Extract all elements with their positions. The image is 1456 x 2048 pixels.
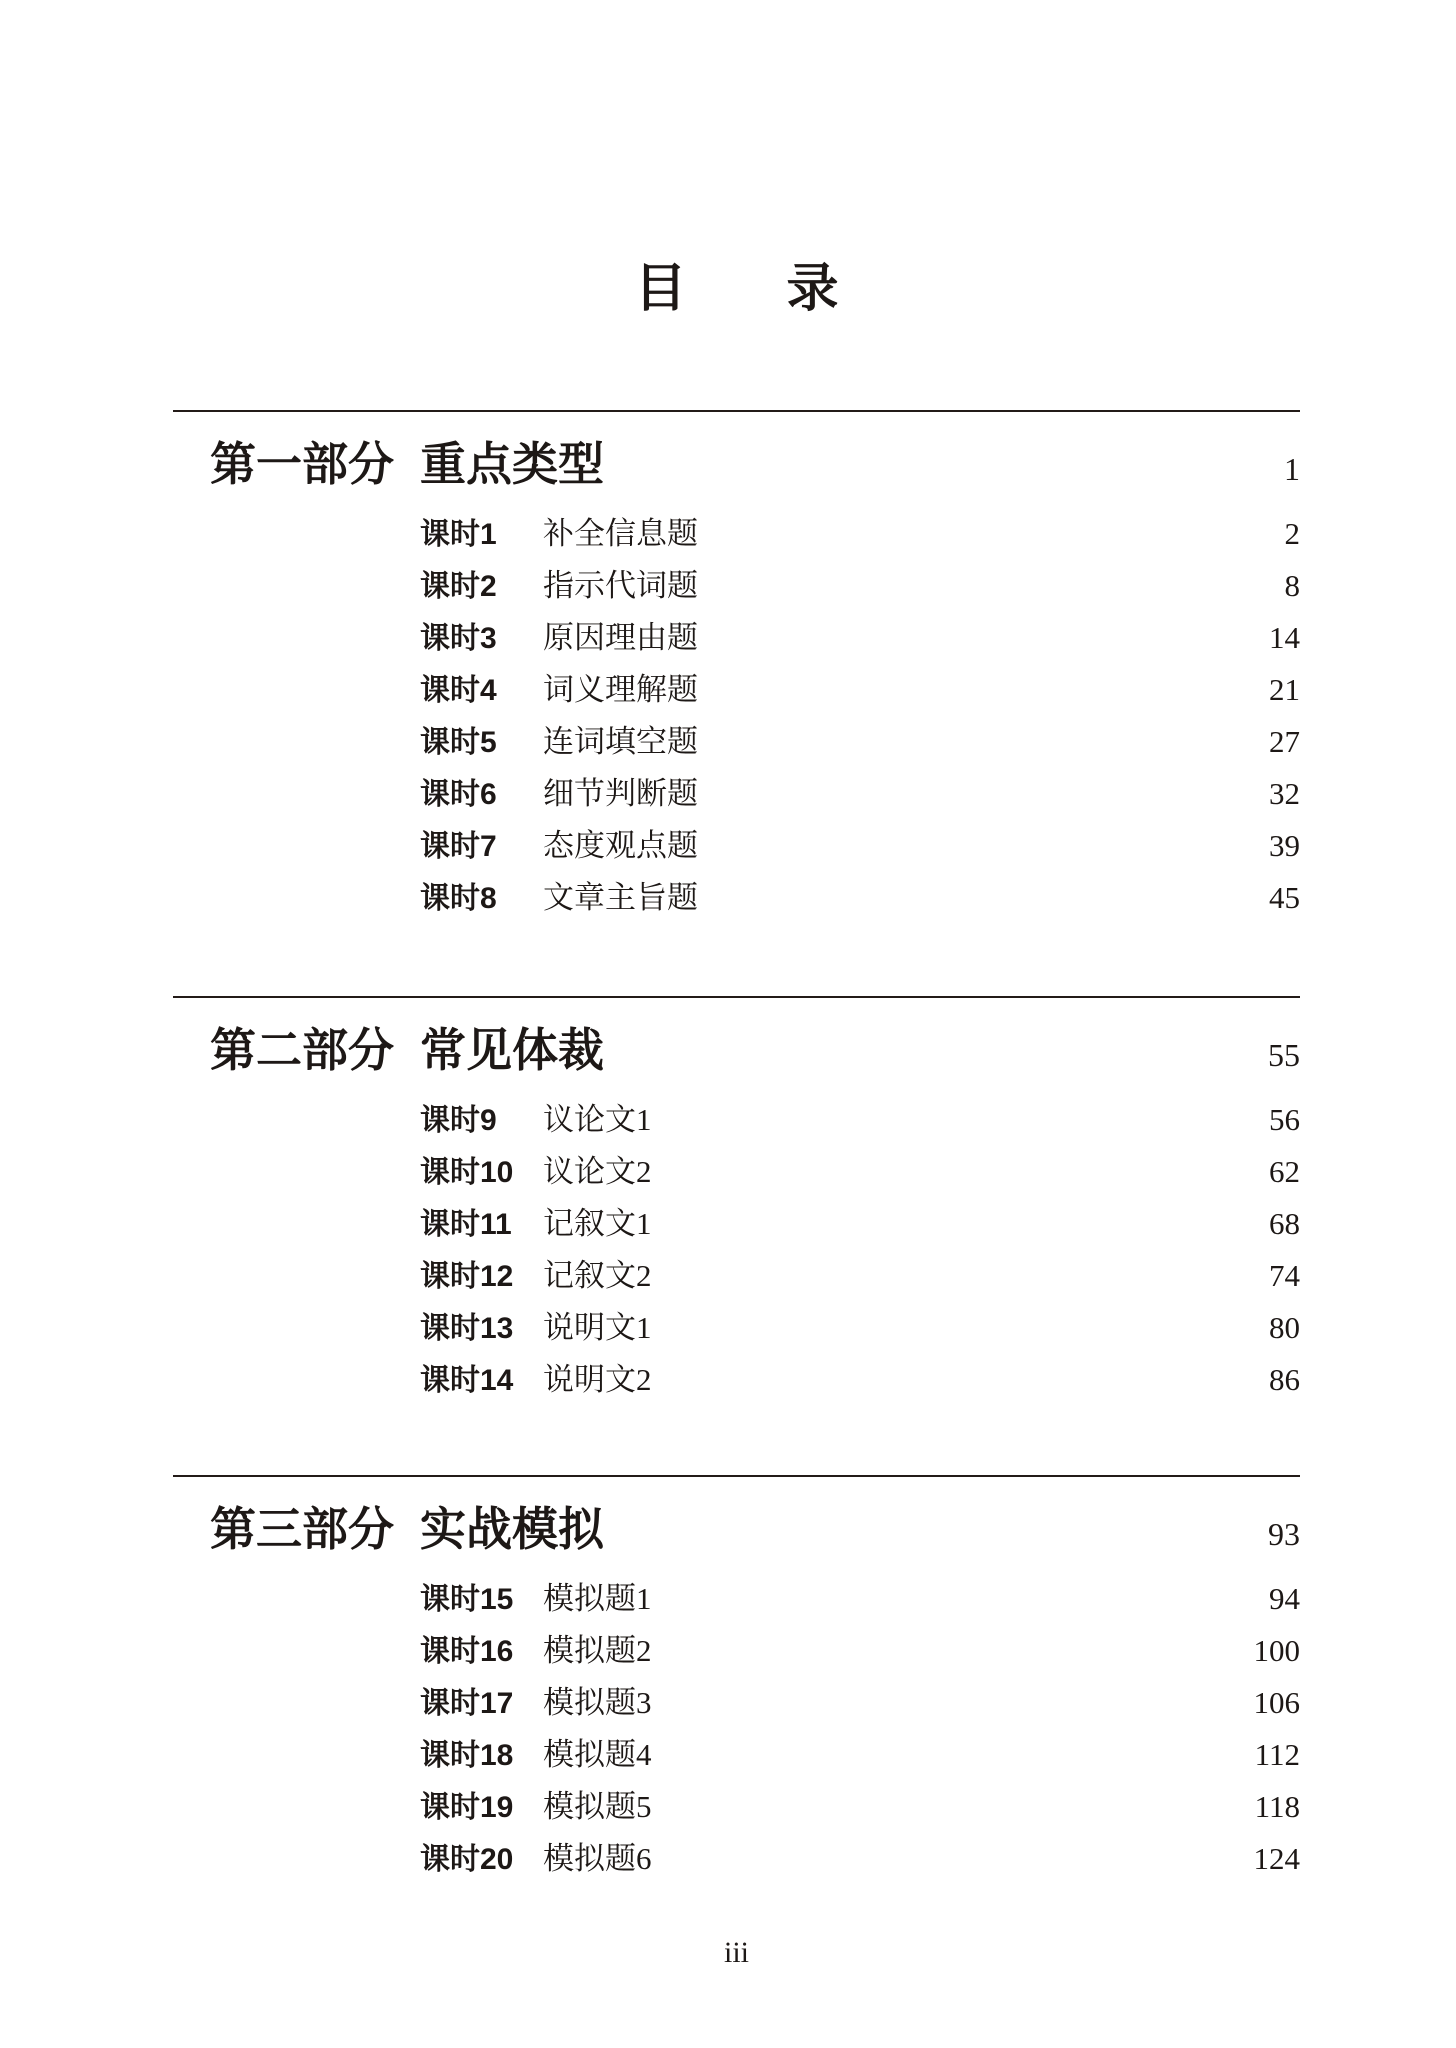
lesson-page-number: 2 bbox=[1285, 508, 1301, 560]
lesson-title: 文章主旨题 bbox=[543, 872, 1269, 924]
toc-entry: 课时11 记叙文1 68 bbox=[173, 1198, 1300, 1250]
lesson-page-number: 106 bbox=[1254, 1677, 1301, 1729]
lesson-page-number: 80 bbox=[1269, 1302, 1300, 1354]
lesson-page-number: 94 bbox=[1269, 1573, 1300, 1625]
toc-entry: 课时4 词义理解题 21 bbox=[173, 664, 1300, 716]
lesson-page-number: 112 bbox=[1255, 1729, 1300, 1781]
lesson-label: 课时13 bbox=[420, 1303, 543, 1355]
part-title: 重点类型 bbox=[420, 434, 1284, 494]
toc-entry: 课时13 说明文1 80 bbox=[173, 1302, 1300, 1354]
lesson-title: 补全信息题 bbox=[543, 508, 1285, 560]
page-title-char-1: 目 bbox=[634, 260, 686, 318]
lesson-page-number: 21 bbox=[1269, 664, 1300, 716]
lesson-title: 说明文1 bbox=[543, 1302, 1269, 1354]
lesson-title: 议论文2 bbox=[543, 1146, 1269, 1198]
lesson-label: 课时18 bbox=[420, 1730, 543, 1782]
lesson-page-number: 32 bbox=[1269, 768, 1300, 820]
lesson-title: 细节判断题 bbox=[543, 768, 1269, 820]
toc-page: 目录 第一部分 重点类型 1 课时1 补全信息题 2 课时2 指示代词题 8 bbox=[0, 0, 1456, 2048]
section-heading: 第一部分 重点类型 1 bbox=[173, 434, 1300, 499]
section-entries: 课时1 补全信息题 2 课时2 指示代词题 8 课时3 原因理由题 14 课时4… bbox=[173, 508, 1300, 924]
part-title: 常见体裁 bbox=[420, 1020, 1268, 1080]
lesson-title: 词义理解题 bbox=[543, 664, 1269, 716]
lesson-label: 课时14 bbox=[420, 1355, 543, 1407]
toc-entry: 课时6 细节判断题 32 bbox=[173, 768, 1300, 820]
lesson-title: 模拟题2 bbox=[543, 1625, 1254, 1677]
lesson-page-number: 118 bbox=[1255, 1781, 1300, 1833]
lesson-title: 议论文1 bbox=[543, 1094, 1269, 1146]
toc-entry: 课时3 原因理由题 14 bbox=[173, 612, 1300, 664]
lesson-title: 模拟题4 bbox=[543, 1729, 1255, 1781]
lesson-label: 课时11 bbox=[420, 1199, 543, 1251]
lesson-page-number: 27 bbox=[1269, 716, 1300, 768]
lesson-title: 原因理由题 bbox=[543, 612, 1269, 664]
section-heading: 第三部分 实战模拟 93 bbox=[173, 1499, 1300, 1564]
part-page-number: 1 bbox=[1284, 439, 1300, 499]
lesson-label: 课时7 bbox=[420, 821, 543, 873]
lesson-page-number: 86 bbox=[1269, 1354, 1300, 1406]
toc-section-part2: 第二部分 常见体裁 55 课时9 议论文1 56 课时10 议论文2 62 课时… bbox=[173, 996, 1300, 1406]
lesson-label: 课时15 bbox=[420, 1574, 543, 1626]
toc-entry: 课时18 模拟题4 112 bbox=[173, 1729, 1300, 1781]
toc-entry: 课时15 模拟题1 94 bbox=[173, 1573, 1300, 1625]
section-divider bbox=[173, 1475, 1300, 1477]
lesson-page-number: 124 bbox=[1254, 1833, 1301, 1885]
lesson-label: 课时4 bbox=[420, 665, 543, 717]
lesson-page-number: 62 bbox=[1269, 1146, 1300, 1198]
page-title-char-2: 录 bbox=[787, 260, 839, 318]
lesson-title: 模拟题3 bbox=[543, 1677, 1254, 1729]
toc-section-part1: 第一部分 重点类型 1 课时1 补全信息题 2 课时2 指示代词题 8 课时3 … bbox=[173, 410, 1300, 924]
section-entries: 课时15 模拟题1 94 课时16 模拟题2 100 课时17 模拟题3 106… bbox=[173, 1573, 1300, 1885]
toc-entry: 课时10 议论文2 62 bbox=[173, 1146, 1300, 1198]
part-label: 第一部分 bbox=[210, 434, 420, 494]
lesson-label: 课时1 bbox=[420, 509, 543, 561]
lesson-label: 课时20 bbox=[420, 1834, 543, 1886]
lesson-label: 课时19 bbox=[420, 1782, 543, 1834]
toc-entry: 课时9 议论文1 56 bbox=[173, 1094, 1300, 1146]
lesson-page-number: 45 bbox=[1269, 872, 1300, 924]
section-divider bbox=[173, 996, 1300, 998]
section-divider bbox=[173, 410, 1300, 412]
lesson-page-number: 68 bbox=[1269, 1198, 1300, 1250]
part-title: 实战模拟 bbox=[420, 1499, 1268, 1559]
part-page-number: 55 bbox=[1268, 1025, 1300, 1085]
toc-entry: 课时16 模拟题2 100 bbox=[173, 1625, 1300, 1677]
part-page-number: 93 bbox=[1268, 1504, 1300, 1564]
lesson-label: 课时3 bbox=[420, 613, 543, 665]
toc-entry: 课时19 模拟题5 118 bbox=[173, 1781, 1300, 1833]
lesson-page-number: 100 bbox=[1254, 1625, 1301, 1677]
page-number-footer: iii bbox=[173, 1936, 1300, 1970]
toc-entry: 课时8 文章主旨题 45 bbox=[173, 872, 1300, 924]
toc-entry: 课时2 指示代词题 8 bbox=[173, 560, 1300, 612]
lesson-label: 课时17 bbox=[420, 1678, 543, 1730]
lesson-title: 记叙文1 bbox=[543, 1198, 1269, 1250]
page-title: 目录 bbox=[173, 259, 1300, 319]
lesson-label: 课时8 bbox=[420, 873, 543, 925]
lesson-title: 记叙文2 bbox=[543, 1250, 1269, 1302]
lesson-title: 模拟题6 bbox=[543, 1833, 1254, 1885]
lesson-page-number: 74 bbox=[1269, 1250, 1300, 1302]
lesson-title: 连词填空题 bbox=[543, 716, 1269, 768]
lesson-page-number: 8 bbox=[1285, 560, 1301, 612]
lesson-page-number: 56 bbox=[1269, 1094, 1300, 1146]
toc-entry: 课时5 连词填空题 27 bbox=[173, 716, 1300, 768]
lesson-label: 课时5 bbox=[420, 717, 543, 769]
lesson-title: 模拟题5 bbox=[543, 1781, 1255, 1833]
toc-section-part3: 第三部分 实战模拟 93 课时15 模拟题1 94 课时16 模拟题2 100 … bbox=[173, 1475, 1300, 1885]
lesson-label: 课时10 bbox=[420, 1147, 543, 1199]
toc-entry: 课时14 说明文2 86 bbox=[173, 1354, 1300, 1406]
toc-entry: 课时12 记叙文2 74 bbox=[173, 1250, 1300, 1302]
toc-entry: 课时20 模拟题6 124 bbox=[173, 1833, 1300, 1885]
lesson-title: 说明文2 bbox=[543, 1354, 1269, 1406]
lesson-label: 课时6 bbox=[420, 769, 543, 821]
lesson-title: 态度观点题 bbox=[543, 820, 1269, 872]
section-heading: 第二部分 常见体裁 55 bbox=[173, 1020, 1300, 1085]
lesson-page-number: 14 bbox=[1269, 612, 1300, 664]
part-label: 第三部分 bbox=[210, 1499, 420, 1559]
part-label: 第二部分 bbox=[210, 1020, 420, 1080]
toc-entry: 课时7 态度观点题 39 bbox=[173, 820, 1300, 872]
section-entries: 课时9 议论文1 56 课时10 议论文2 62 课时11 记叙文1 68 课时… bbox=[173, 1094, 1300, 1406]
toc-entry: 课时17 模拟题3 106 bbox=[173, 1677, 1300, 1729]
lesson-label: 课时12 bbox=[420, 1251, 543, 1303]
lesson-title: 指示代词题 bbox=[543, 560, 1285, 612]
lesson-page-number: 39 bbox=[1269, 820, 1300, 872]
lesson-label: 课时9 bbox=[420, 1095, 543, 1147]
lesson-label: 课时16 bbox=[420, 1626, 543, 1678]
lesson-title: 模拟题1 bbox=[543, 1573, 1269, 1625]
toc-entry: 课时1 补全信息题 2 bbox=[173, 508, 1300, 560]
lesson-label: 课时2 bbox=[420, 561, 543, 613]
